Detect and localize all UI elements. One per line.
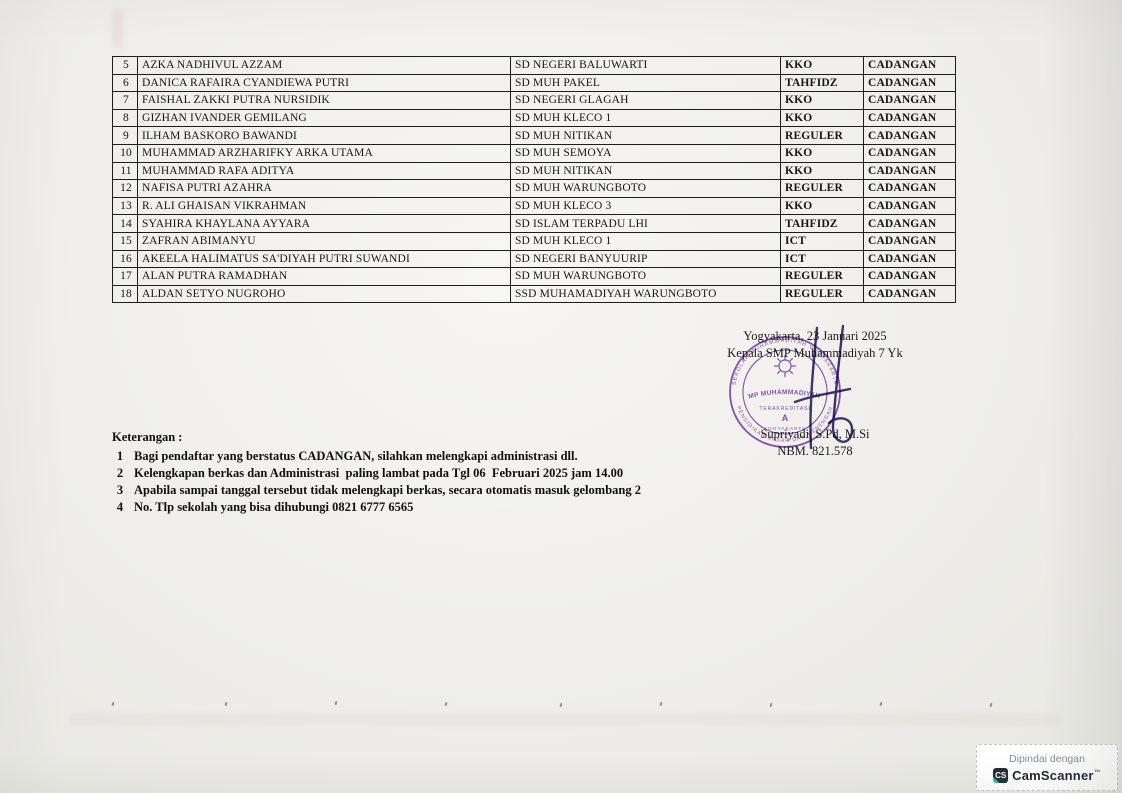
note-item: 1 Bagi pendaftar yang berstatus CADANGAN… bbox=[112, 448, 732, 465]
cell-status: CADANGAN bbox=[864, 162, 956, 180]
cell-row-number: 6 bbox=[113, 74, 138, 92]
cell-row-number: 5 bbox=[113, 57, 138, 75]
camscanner-logo-icon: CS bbox=[993, 768, 1008, 783]
table-row: 13 R. ALI GHAISAN VIKRAHMAN SD MUH KLECO… bbox=[113, 197, 956, 215]
table-row: 5 AZKA NADHIVUL AZZAM SD NEGERI BALUWART… bbox=[113, 57, 956, 75]
note-text: Bagi pendaftar yang berstatus CADANGAN, … bbox=[134, 448, 578, 465]
cell-status: CADANGAN bbox=[864, 250, 956, 268]
cell-student-name: GIZHAN IVANDER GEMILANG bbox=[138, 109, 511, 127]
cell-program-category: TAHFIDZ bbox=[781, 215, 864, 233]
cell-student-name: FAISHAL ZAKKI PUTRA NURSIDIK bbox=[138, 92, 511, 110]
camscanner-brand-row: CS CamScanner™ bbox=[993, 768, 1101, 783]
cell-student-name: SYAHIRA KHAYLANA AYYARA bbox=[138, 215, 511, 233]
cell-student-name: AKEELA HALIMATUS SA'DIYAH PUTRI SUWANDI bbox=[138, 250, 511, 268]
cell-program-category: ICT bbox=[781, 250, 864, 268]
cell-program-category: REGULER bbox=[781, 127, 864, 145]
note-text: No. Tlp sekolah yang bisa dihubungi 0821… bbox=[134, 499, 413, 516]
table-row: 15 ZAFRAN ABIMANYU SD MUH KLECO 1 ICT CA… bbox=[113, 232, 956, 250]
trademark-symbol: ™ bbox=[1094, 769, 1101, 776]
cell-status: CADANGAN bbox=[864, 215, 956, 233]
scan-artifact-band bbox=[70, 714, 1060, 725]
cell-program-category: KKO bbox=[781, 162, 864, 180]
note-number: 1 bbox=[112, 448, 128, 465]
cell-origin-school: SD ISLAM TERPADU LHI bbox=[511, 215, 781, 233]
table-row: 6 DANICA RAFAIRA CYANDIEWA PUTRI SD MUH … bbox=[113, 74, 956, 92]
cell-student-name: ALAN PUTRA RAMADHAN bbox=[138, 268, 511, 286]
cell-program-category: REGULER bbox=[781, 285, 864, 303]
cell-origin-school: SD NEGERI GLAGAH bbox=[511, 92, 781, 110]
note-item: 3 Apabila sampai tanggal tersebut tidak … bbox=[112, 482, 732, 499]
note-item: 4 No. Tlp sekolah yang bisa dihubungi 08… bbox=[112, 499, 732, 516]
cell-student-name: ZAFRAN ABIMANYU bbox=[138, 232, 511, 250]
cell-row-number: 10 bbox=[113, 144, 138, 162]
table-row: 7 FAISHAL ZAKKI PUTRA NURSIDIK SD NEGERI… bbox=[113, 92, 956, 110]
table-row: 9 ILHAM BASKORO BAWANDI SD MUH NITIKAN R… bbox=[113, 127, 956, 145]
cell-origin-school: SD MUH KLECO 1 bbox=[511, 109, 781, 127]
table-row: 12 NAFISA PUTRI AZAHRA SD MUH WARUNGBOTO… bbox=[113, 180, 956, 198]
note-text: Apabila sampai tanggal tersebut tidak me… bbox=[134, 482, 641, 499]
applicants-table: 5 AZKA NADHIVUL AZZAM SD NEGERI BALUWART… bbox=[112, 56, 956, 303]
cell-program-category: KKO bbox=[781, 92, 864, 110]
cell-student-name: R. ALI GHAISAN VIKRAHMAN bbox=[138, 197, 511, 215]
cell-row-number: 14 bbox=[113, 215, 138, 233]
cell-program-category: TAHFIDZ bbox=[781, 74, 864, 92]
cell-status: CADANGAN bbox=[864, 197, 956, 215]
note-number: 3 bbox=[112, 482, 128, 499]
cell-status: CADANGAN bbox=[864, 144, 956, 162]
cell-student-name: DANICA RAFAIRA CYANDIEWA PUTRI bbox=[138, 74, 511, 92]
cell-origin-school: SD MUH PAKEL bbox=[511, 74, 781, 92]
cell-origin-school: SD MUH WARUNGBOTO bbox=[511, 268, 781, 286]
cell-status: CADANGAN bbox=[864, 268, 956, 286]
scan-smudge bbox=[112, 8, 123, 48]
notes-section: Keterangan : 1 Bagi pendaftar yang berst… bbox=[112, 430, 732, 516]
cell-status: CADANGAN bbox=[864, 285, 956, 303]
cell-origin-school: SD MUH WARUNGBOTO bbox=[511, 180, 781, 198]
cell-origin-school: SD MUH NITIKAN bbox=[511, 162, 781, 180]
cell-status: CADANGAN bbox=[864, 180, 956, 198]
cell-status: CADANGAN bbox=[864, 127, 956, 145]
cell-origin-school: SD MUH KLECO 3 bbox=[511, 197, 781, 215]
table-row: 11 MUHAMMAD RAFA ADITYA SD MUH NITIKAN K… bbox=[113, 162, 956, 180]
notes-heading: Keterangan : bbox=[112, 430, 732, 445]
cell-student-name: NAFISA PUTRI AZAHRA bbox=[138, 180, 511, 198]
cell-origin-school: SSD MUHAMADIYAH WARUNGBOTO bbox=[511, 285, 781, 303]
cell-row-number: 17 bbox=[113, 268, 138, 286]
cell-program-category: KKO bbox=[781, 144, 864, 162]
cell-origin-school: SD MUH NITIKAN bbox=[511, 127, 781, 145]
cell-program-category: KKO bbox=[781, 109, 864, 127]
note-number: 2 bbox=[112, 465, 128, 482]
cell-row-number: 18 bbox=[113, 285, 138, 303]
table-row: 16 AKEELA HALIMATUS SA'DIYAH PUTRI SUWAN… bbox=[113, 250, 956, 268]
cell-row-number: 7 bbox=[113, 92, 138, 110]
cell-row-number: 8 bbox=[113, 109, 138, 127]
cell-origin-school: SD MUH SEMOYA bbox=[511, 144, 781, 162]
cell-row-number: 12 bbox=[113, 180, 138, 198]
note-item: 2 Kelengkapan berkas dan Administrasi pa… bbox=[112, 465, 732, 482]
cell-origin-school: SD NEGERI BALUWARTI bbox=[511, 57, 781, 75]
notes-list: 1 Bagi pendaftar yang berstatus CADANGAN… bbox=[112, 448, 732, 516]
cell-row-number: 15 bbox=[113, 232, 138, 250]
cell-row-number: 13 bbox=[113, 197, 138, 215]
cell-status: CADANGAN bbox=[864, 109, 956, 127]
note-text: Kelengkapan berkas dan Administrasi pali… bbox=[134, 465, 623, 482]
cell-row-number: 16 bbox=[113, 250, 138, 268]
handwritten-signature bbox=[755, 314, 885, 466]
scanned-document-page: 5 AZKA NADHIVUL AZZAM SD NEGERI BALUWART… bbox=[0, 0, 1122, 793]
cell-program-category: KKO bbox=[781, 57, 864, 75]
cell-program-category: REGULER bbox=[781, 268, 864, 286]
cell-program-category: KKO bbox=[781, 197, 864, 215]
table-row: 17 ALAN PUTRA RAMADHAN SD MUH WARUNGBOTO… bbox=[113, 268, 956, 286]
cell-program-category: ICT bbox=[781, 232, 864, 250]
note-number: 4 bbox=[112, 499, 128, 516]
cell-row-number: 9 bbox=[113, 127, 138, 145]
cell-status: CADANGAN bbox=[864, 74, 956, 92]
table-row: 18 ALDAN SETYO NUGROHO SSD MUHAMADIYAH W… bbox=[113, 285, 956, 303]
cell-student-name: ALDAN SETYO NUGROHO bbox=[138, 285, 511, 303]
cell-student-name: MUHAMMAD ARZHARIFKY ARKA UTAMA bbox=[138, 144, 511, 162]
cell-student-name: AZKA NADHIVUL AZZAM bbox=[138, 57, 511, 75]
camscanner-caption: Dipindai dengan bbox=[1009, 753, 1085, 766]
cell-program-category: REGULER bbox=[781, 180, 864, 198]
cell-origin-school: SD MUH KLECO 1 bbox=[511, 232, 781, 250]
cell-status: CADANGAN bbox=[864, 92, 956, 110]
camscanner-brand-name: CamScanner™ bbox=[1012, 768, 1101, 783]
table-row: 8 GIZHAN IVANDER GEMILANG SD MUH KLECO 1… bbox=[113, 109, 956, 127]
cell-status: CADANGAN bbox=[864, 57, 956, 75]
cell-origin-school: SD NEGERI BANYUURIP bbox=[511, 250, 781, 268]
camscanner-watermark: Dipindai dengan CS CamScanner™ bbox=[976, 744, 1118, 791]
table-row: 14 SYAHIRA KHAYLANA AYYARA SD ISLAM TERP… bbox=[113, 215, 956, 233]
table-row: 10 MUHAMMAD ARZHARIFKY ARKA UTAMA SD MUH… bbox=[113, 144, 956, 162]
cell-row-number: 11 bbox=[113, 162, 138, 180]
applicants-table-body: 5 AZKA NADHIVUL AZZAM SD NEGERI BALUWART… bbox=[113, 57, 956, 303]
cell-status: CADANGAN bbox=[864, 232, 956, 250]
cell-student-name: ILHAM BASKORO BAWANDI bbox=[138, 127, 511, 145]
cell-student-name: MUHAMMAD RAFA ADITYA bbox=[138, 162, 511, 180]
